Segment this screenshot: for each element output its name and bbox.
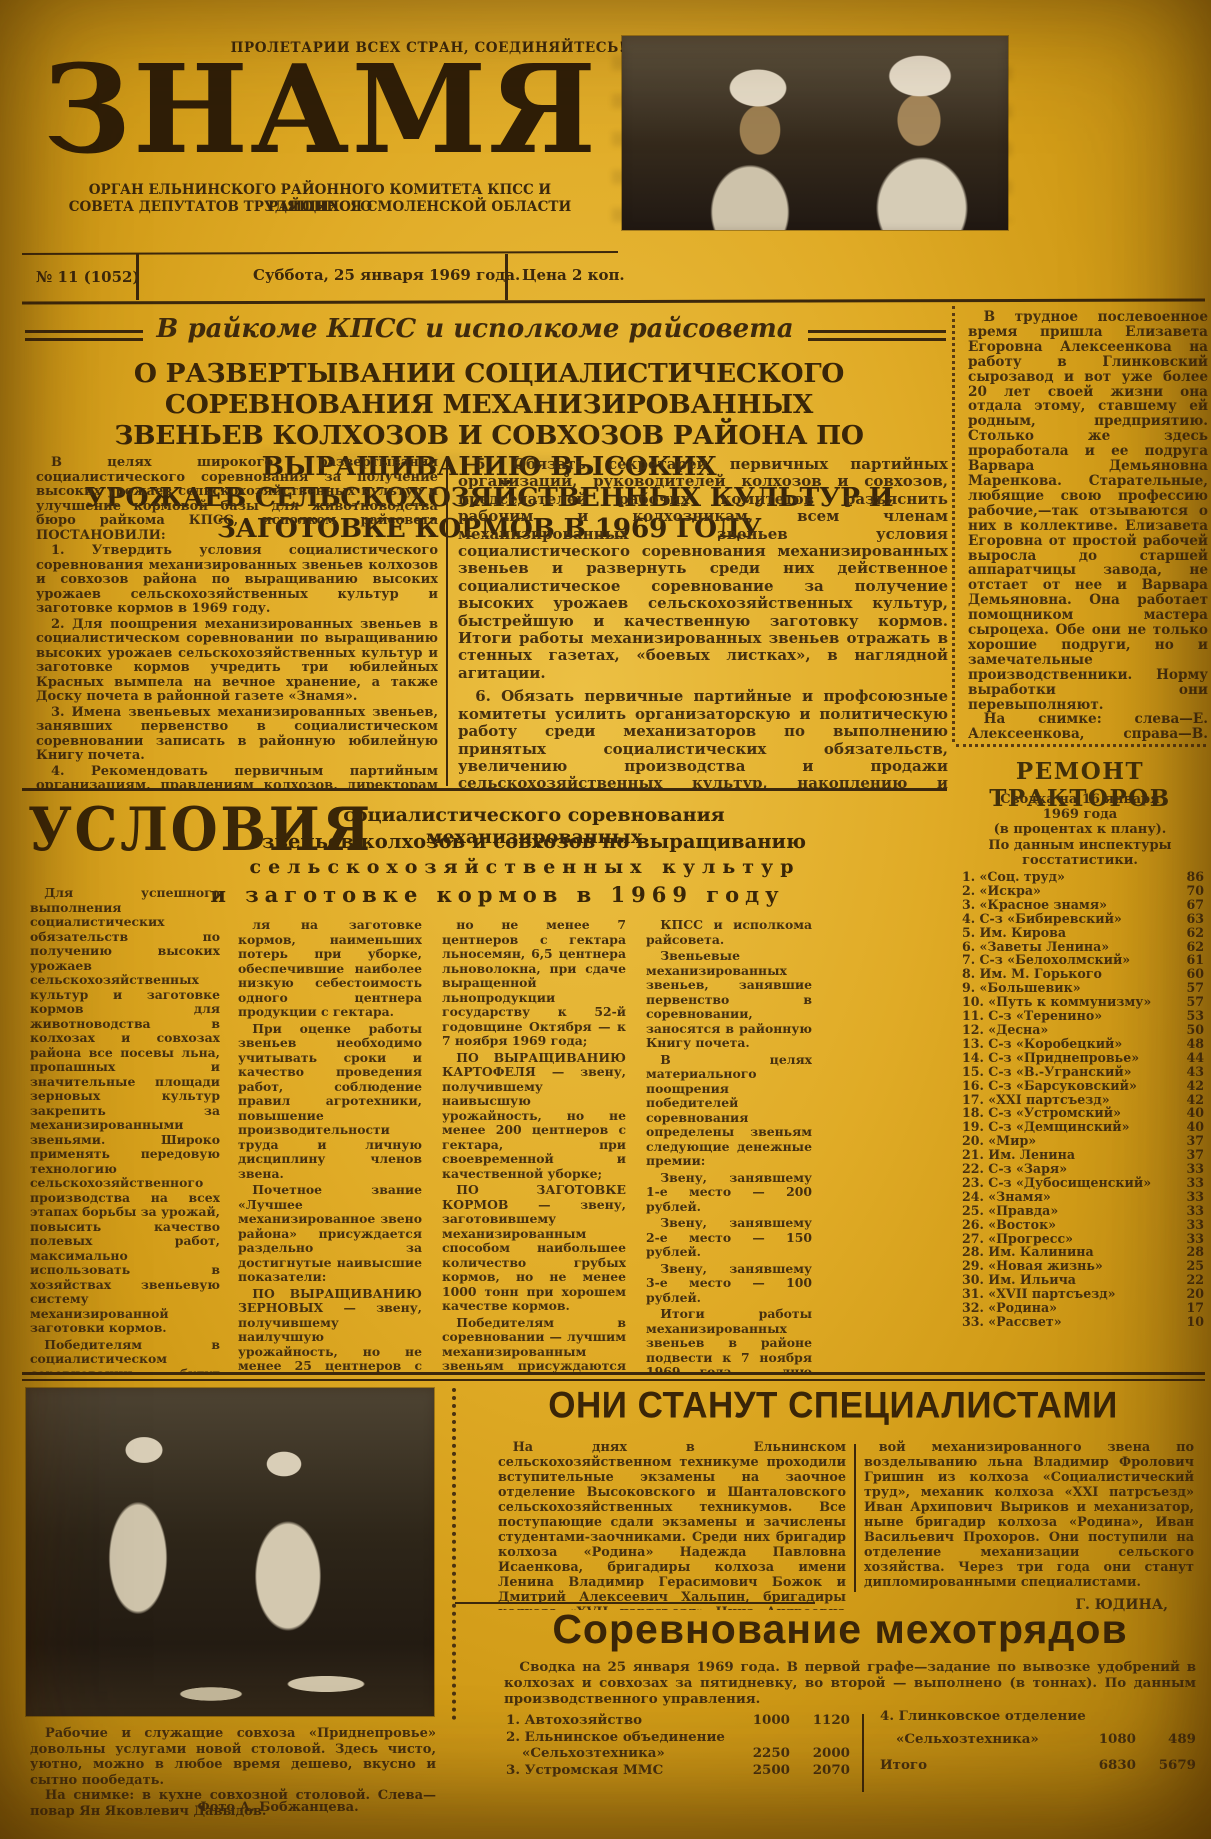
- farm-name: 32. «Родина»: [962, 1301, 1057, 1315]
- lead-paragraph: 1. Утвердить условия социалистического с…: [36, 544, 438, 617]
- farm-name: 33. «Рассвет»: [962, 1315, 1062, 1329]
- tractor-repair-list: 1. «Соц. труд» 86 2. «Искра» 70 3. «Крас…: [962, 870, 1204, 1329]
- org-name: 4. Глинковское отделение: [880, 1708, 1196, 1725]
- percent-value: 50: [1186, 1023, 1204, 1037]
- org-name: «Сельхозтехника»: [506, 1745, 730, 1762]
- specialists-column-divider: [854, 1444, 856, 1592]
- mechotryady-intro-text: Сводка на 25 января 1969 года. В первой …: [504, 1660, 1196, 1707]
- lead-column-1: В целях широкого развертывания социалист…: [36, 456, 438, 788]
- farm-name: 29. «Новая жизнь»: [962, 1259, 1103, 1273]
- kicker-rule: [808, 338, 946, 341]
- percent-value: 33: [1186, 1162, 1204, 1176]
- percent-value: 33: [1186, 1176, 1204, 1190]
- percent-value: 57: [1186, 981, 1204, 995]
- canteen-caption-paragraph: Рабочие и служащие совхоза «Приднепровье…: [30, 1726, 436, 1788]
- specialists-paragraph: вой механизированного звена по возделыва…: [864, 1440, 1194, 1590]
- tractor-repair-row: 8. Им. М. Горького 60: [962, 967, 1204, 981]
- issue-number: № 11 (1052): [36, 268, 140, 286]
- tractor-repair-row: 26. «Восток» 33: [962, 1218, 1204, 1232]
- tractor-repair-subtitle: Сводка на 16 января1969 года(в процентах…: [950, 792, 1210, 868]
- farm-name: 1. «Соц. труд»: [962, 870, 1065, 884]
- kicker-rule: [25, 330, 143, 333]
- tractor-repair-row: 33. «Рассвет» 10: [962, 1315, 1204, 1329]
- percent-value: 63: [1186, 912, 1204, 926]
- photo-credit-bobzhantsev: Фото А. Бобжанцева.: [30, 1800, 436, 1816]
- section-rule: [22, 788, 947, 791]
- farm-name: 8. Им. М. Горького: [962, 967, 1102, 981]
- specialists-title: ОНИ СТАНУТ СПЕЦИАЛИСТАМИ: [468, 1385, 1198, 1427]
- tractor-repair-row: 32. «Родина» 17: [962, 1301, 1204, 1315]
- lead-headline-line: О РАЗВЕРТЫВАНИИ СОЦИАЛИСТИЧЕСКОГО СОРЕВН…: [30, 358, 948, 420]
- percent-value: 37: [1186, 1134, 1204, 1148]
- right-column-dotted-divider: [952, 306, 955, 742]
- specialists-paragraph: На днях в Ельнинском сельскохозяйственно…: [498, 1440, 846, 1610]
- farm-name: 4. С-з «Бибиревский»: [962, 912, 1122, 926]
- issue-bar-divider: [136, 254, 139, 300]
- percent-value: 28: [1186, 1245, 1204, 1259]
- total-label: Итого: [880, 1757, 1076, 1774]
- usloviya-paragraph: Звену, занявшему 3-е место — 100 рублей.: [646, 1262, 812, 1306]
- tractor-repair-row: 3. «Красное знамя» 67: [962, 898, 1204, 912]
- percent-value: 40: [1186, 1120, 1204, 1134]
- fact-value: 489: [1136, 1731, 1196, 1748]
- tractor-repair-row: 27. «Прогресс» 33: [962, 1232, 1204, 1246]
- lead-kicker: В райкоме КПСС и исполкоме райсовета: [150, 314, 800, 344]
- plan-value: 6830: [1076, 1757, 1136, 1774]
- table-row: 1. Автохозяйство 1000 1120: [506, 1712, 850, 1729]
- specialists-column-2-text: вой механизированного звена по возделыва…: [864, 1440, 1194, 1590]
- mechotryady-table-divider: [862, 1714, 864, 1792]
- issue-date: Суббота, 25 января 1969 года.: [253, 266, 520, 284]
- wavy-vertical-divider: [452, 1388, 456, 1720]
- newspaper-page: ПРОЛЕТАРИИ ВСЕХ СТРАН, СОЕДИНЯЙТЕСЬ! ЗНА…: [0, 0, 1211, 1839]
- table-row: 4. Глинковское отделение: [880, 1708, 1196, 1725]
- tractor-repair-row: 6. «Заветы Ленина» 62: [962, 940, 1204, 954]
- kicker-rule: [25, 338, 143, 341]
- farm-name: 15. С-з «В.-Угранский»: [962, 1065, 1132, 1079]
- farm-name: 24. «Знамя»: [962, 1190, 1051, 1204]
- table-row-total: Итого 6830 5679: [880, 1757, 1196, 1774]
- percent-value: 44: [1186, 1051, 1204, 1065]
- issue-bar-divider: [505, 254, 508, 300]
- lead-paragraph: 3. Имена звеньевых механизированных звен…: [36, 706, 438, 764]
- farm-name: 20. «Мир»: [962, 1134, 1036, 1148]
- masthead-title: ЗНАМЯ: [28, 52, 613, 168]
- farm-name: 9. «Большевик»: [962, 981, 1081, 995]
- usloviya-column-4: КПСС и исполкома райсовета.Звеньевые мех…: [646, 918, 812, 1372]
- usloviya-paragraph: Итоги работы механизированных звеньев в …: [646, 1307, 812, 1372]
- percent-value: 86: [1186, 870, 1204, 884]
- farm-name: 21. Им. Ленина: [962, 1148, 1075, 1162]
- farm-name: 28. Им. Калинина: [962, 1245, 1094, 1259]
- usloviya-paragraph: ПО ВЫРАЩИВАНИЮ ЗЕРНОВЫХ — звену, получив…: [238, 1287, 422, 1373]
- farm-name: 10. «Путь к коммунизму»: [962, 995, 1151, 1009]
- lead-paragraph: 6. Обязать первичные партийные и профсою…: [458, 688, 948, 788]
- lead-paragraph: 5. Обязать секретарей первичных партийны…: [458, 456, 948, 682]
- tractor-repair-row: 22. С-з «Заря» 33: [962, 1162, 1204, 1176]
- farm-name: 30. Им. Ильича: [962, 1273, 1076, 1287]
- issue-price: Цена 2 коп.: [522, 266, 625, 284]
- usloviya-column-3: но не менее 7 центнеров с гектара льносе…: [442, 918, 626, 1372]
- photo-canteen-kitchen: [26, 1388, 434, 1716]
- usloviya-paragraph: При оценке работы звеньев необходимо учи…: [238, 1022, 422, 1182]
- tractor-repair-row: 1. «Соц. труд» 86: [962, 870, 1204, 884]
- percent-value: 42: [1186, 1093, 1204, 1107]
- tractor-repair-row: 10. «Путь к коммунизму» 57: [962, 995, 1204, 1009]
- farm-name: 17. «XXI партсъезд»: [962, 1093, 1110, 1107]
- percent-value: 33: [1186, 1204, 1204, 1218]
- tractor-repair-row: 2. «Искра» 70: [962, 884, 1204, 898]
- tractor-repair-row: 30. Им. Ильича 22: [962, 1273, 1204, 1287]
- percent-value: 25: [1186, 1259, 1204, 1273]
- farm-name: 5. Им. Кирова: [962, 926, 1066, 940]
- org-name: «Сельхозтехника»: [880, 1731, 1076, 1748]
- percent-value: 43: [1186, 1065, 1204, 1079]
- usloviya-subtitle-2: звеньев колхозов и совхозов по выращиван…: [258, 830, 810, 853]
- usloviya-paragraph: ля на заготовке кормов, наименьших потер…: [238, 918, 422, 1020]
- farm-name: 19. С-з «Демщинский»: [962, 1120, 1130, 1134]
- tractor-repair-row: 5. Им. Кирова 62: [962, 926, 1204, 940]
- percent-value: 60: [1186, 967, 1204, 981]
- tractor-repair-row: 31. «XVII партсъезд» 20: [962, 1287, 1204, 1301]
- farm-name: 2. «Искра»: [962, 884, 1041, 898]
- specialists-bottom-rule: [455, 1602, 815, 1604]
- table-row: «Сельхозтехника» 1080 489: [880, 1731, 1196, 1748]
- mechotryady-title: Соревнование мехотрядов: [520, 1606, 1160, 1653]
- table-row: «Сельхозтехника» 2250 2000: [506, 1745, 850, 1762]
- org-name: 3. Устромская ММС: [506, 1762, 730, 1779]
- percent-value: 67: [1186, 898, 1204, 912]
- tractor-repair-row: 24. «Знамя» 33: [962, 1190, 1204, 1204]
- usloviya-column-2: ля на заготовке кормов, наименьших потер…: [238, 918, 422, 1372]
- usloviya-paragraph: Победителям в соревновании — лучшим меха…: [442, 1316, 626, 1373]
- usloviya-paragraph: но не менее 7 центнеров с гектара льносе…: [442, 918, 626, 1049]
- farm-name: 6. «Заветы Ленина»: [962, 940, 1109, 954]
- tractor-repair-row: 18. С-з «Устромский» 40: [962, 1106, 1204, 1120]
- farm-name: 11. С-з «Теренино»: [962, 1009, 1102, 1023]
- cheese-article-text: В трудное послевоенное время пришла Елиз…: [968, 310, 1208, 742]
- masthead-rule-thin: [22, 251, 618, 255]
- cheese-paragraph: В трудное послевоенное время пришла Елиз…: [968, 310, 1208, 712]
- lead-paragraph: 2. Для поощрения механизированных звенье…: [36, 618, 438, 705]
- tractor-repair-row: 4. С-з «Бибиревский» 63: [962, 912, 1204, 926]
- cheese-article: В трудное послевоенное время пришла Елиз…: [968, 310, 1208, 742]
- tractor-repair-row: 16. С-з «Барсуковский» 42: [962, 1079, 1204, 1093]
- lead-paragraph: В целях широкого развертывания социалист…: [36, 456, 438, 543]
- tractor-repair-row: 28. Им. Калинина 28: [962, 1245, 1204, 1259]
- tractor-repair-subtitle-line: госстатистики.: [950, 853, 1210, 868]
- specialists-column-1: На днях в Ельнинском сельскохозяйственно…: [498, 1440, 846, 1610]
- org-name: 1. Автохозяйство: [506, 1712, 730, 1729]
- mechotryady-intro: Сводка на 25 января 1969 года. В первой …: [504, 1660, 1196, 1707]
- org-name: 2. Ельнинское объединение: [506, 1729, 850, 1746]
- mechotryady-table-right: 4. Глинковское отделение «Сельхозтехника…: [880, 1708, 1196, 1774]
- masthead-organ-line2: СОВЕТА ДЕПУТАТОВ ТРУДЯЩИХСЯ СМОЛЕНСКОЙ О…: [55, 199, 585, 216]
- table-row: 2. Ельнинское объединение: [506, 1729, 850, 1746]
- tractor-repair-row: 11. С-з «Теренино» 53: [962, 1009, 1204, 1023]
- percent-value: 62: [1186, 926, 1204, 940]
- tractor-repair-row: 15. С-з «В.-Угранский» 43: [962, 1065, 1204, 1079]
- tractor-repair-row: 7. С-з «Белохолмский» 61: [962, 953, 1204, 967]
- tractor-repair-subtitle-line: Сводка на 16 января: [950, 792, 1210, 807]
- farm-name: 3. «Красное знамя»: [962, 898, 1107, 912]
- tractor-repair-subtitle-line: (в процентах к плану).: [950, 822, 1210, 837]
- usloviya-paragraph: КПСС и исполкома райсовета.: [646, 918, 812, 947]
- photo-two-dairy-workers: [622, 36, 1008, 230]
- tractor-repair-row: 19. С-з «Демщинский» 40: [962, 1120, 1204, 1134]
- tractor-repair-row: 13. С-з «Коробецкий» 48: [962, 1037, 1204, 1051]
- percent-value: 33: [1186, 1218, 1204, 1232]
- usloviya-subtitle-3: сельскохозяйственных культур: [240, 856, 810, 878]
- farm-name: 18. С-з «Устромский»: [962, 1106, 1121, 1120]
- tractor-repair-row: 9. «Большевик» 57: [962, 981, 1204, 995]
- farm-name: 31. «XVII партсъезд»: [962, 1287, 1116, 1301]
- usloviya-paragraph: Звеньевые механизированных звеньев, заня…: [646, 949, 812, 1051]
- fact-value: 1120: [790, 1712, 850, 1729]
- farm-name: 12. «Десна»: [962, 1023, 1048, 1037]
- percent-value: 37: [1186, 1148, 1204, 1162]
- percent-value: 33: [1186, 1232, 1204, 1246]
- tractor-repair-row: 23. С-з «Дубосищенский» 33: [962, 1176, 1204, 1190]
- percent-value: 62: [1186, 940, 1204, 954]
- dotted-horizontal-divider: [956, 744, 1206, 747]
- farm-name: 14. С-з «Приднепровье»: [962, 1051, 1139, 1065]
- usloviya-paragraph: Для успешного выполнения социалистически…: [30, 886, 220, 1336]
- fact-value: 2070: [790, 1762, 850, 1779]
- usloviya-paragraph: Звену, занявшему 2-е место — 150 рублей.: [646, 1216, 812, 1260]
- usloviya-paragraph: Почетное звание «Лучшее механизированное…: [238, 1183, 422, 1285]
- farm-name: 13. С-з «Коробецкий»: [962, 1037, 1122, 1051]
- plan-value: 2250: [730, 1745, 790, 1762]
- percent-value: 53: [1186, 1009, 1204, 1023]
- percent-value: 57: [1186, 995, 1204, 1009]
- tractor-repair-row: 25. «Правда» 33: [962, 1204, 1204, 1218]
- usloviya-subtitle-4: и заготовке кормов в 1969 году: [185, 882, 810, 907]
- cheese-paragraph: На снимке: слева—Е. Алексеенкова, справа…: [968, 712, 1208, 742]
- usloviya-paragraph: Звену, занявшему 1-е место — 200 рублей.: [646, 1171, 812, 1215]
- tractor-repair-subtitle-line: 1969 года: [950, 807, 1210, 822]
- mechotryady-table-left: 1. Автохозяйство 1000 1120 2. Ельнинское…: [506, 1712, 850, 1778]
- fact-value: 2000: [790, 1745, 850, 1762]
- farm-name: 25. «Правда»: [962, 1204, 1058, 1218]
- tractor-repair-row: 29. «Новая жизнь» 25: [962, 1259, 1204, 1273]
- tractor-repair-row: 12. «Десна» 50: [962, 1023, 1204, 1037]
- tractor-repair-row: 17. «XXI партсъезд» 42: [962, 1093, 1204, 1107]
- percent-value: 48: [1186, 1037, 1204, 1051]
- tractor-repair-row: 14. С-з «Приднепровье» 44: [962, 1051, 1204, 1065]
- plan-value: 1080: [1076, 1731, 1136, 1748]
- percent-value: 70: [1186, 884, 1204, 898]
- masthead-rule-thick: [22, 298, 1205, 304]
- farm-name: 27. «Прогресс»: [962, 1232, 1073, 1246]
- plan-value: 1000: [730, 1712, 790, 1729]
- farm-name: 22. С-з «Заря»: [962, 1162, 1067, 1176]
- lead-column-2: 5. Обязать секретарей первичных партийны…: [458, 456, 948, 788]
- tractor-repair-row: 20. «Мир» 37: [962, 1134, 1204, 1148]
- percent-value: 42: [1186, 1079, 1204, 1093]
- kicker-rule: [808, 330, 946, 333]
- usloviya-paragraph: Победителям в социалистическом соревнова…: [30, 1338, 220, 1373]
- farm-name: 7. С-з «Белохолмский»: [962, 953, 1130, 967]
- tractor-repair-subtitle-line: По данным инспектуры: [950, 838, 1210, 853]
- usloviya-column-1: Для успешного выполнения социалистически…: [30, 886, 220, 1372]
- tractor-repair-row: 21. Им. Ленина 37: [962, 1148, 1204, 1162]
- percent-value: 33: [1186, 1190, 1204, 1204]
- table-row: 3. Устромская ММС 2500 2070: [506, 1762, 850, 1779]
- percent-value: 10: [1186, 1315, 1204, 1329]
- lead-column-divider: [446, 458, 448, 786]
- percent-value: 40: [1186, 1106, 1204, 1120]
- percent-value: 20: [1186, 1287, 1204, 1301]
- usloviya-paragraph: ПО ВЫРАЩИВАНИЮ КАРТОФЕЛЯ — звену, получи…: [442, 1051, 626, 1182]
- double-rule-top: [22, 1372, 1205, 1375]
- percent-value: 17: [1186, 1301, 1204, 1315]
- percent-value: 22: [1186, 1273, 1204, 1287]
- plan-value: 2500: [730, 1762, 790, 1779]
- farm-name: 23. С-з «Дубосищенский»: [962, 1176, 1151, 1190]
- percent-value: 61: [1186, 953, 1204, 967]
- specialists-column-2: вой механизированного звена по возделыва…: [864, 1440, 1194, 1615]
- fact-value: 5679: [1136, 1757, 1196, 1774]
- usloviya-paragraph: ПО ЗАГОТОВКЕ КОРМОВ — звену, заготовивше…: [442, 1183, 626, 1314]
- double-rule-bottom: [22, 1379, 1205, 1381]
- farm-name: 16. С-з «Барсуковский»: [962, 1079, 1137, 1093]
- usloviya-paragraph: В целях материального поощрения победите…: [646, 1053, 812, 1169]
- lead-paragraph: 4. Рекомендовать первичным партийным орг…: [36, 765, 438, 789]
- farm-name: 26. «Восток»: [962, 1218, 1056, 1232]
